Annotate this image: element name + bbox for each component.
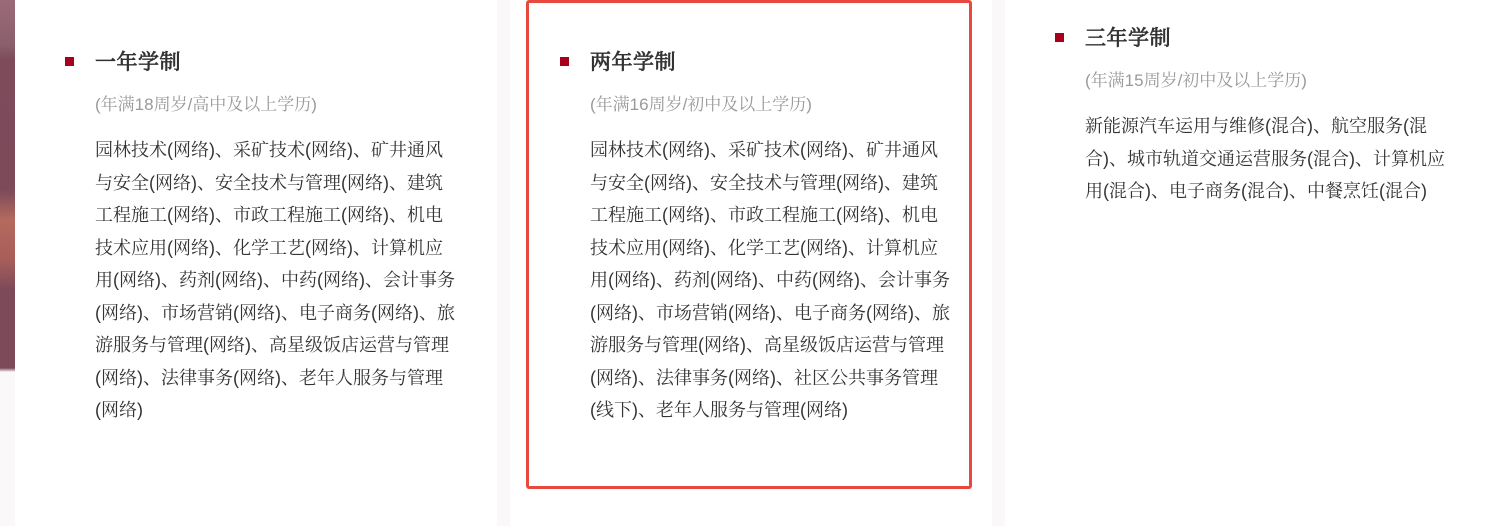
card-content: 两年学制 (年满16周岁/初中及以上学历) 园林技术(网络)、采矿技术(网络)、… (560, 48, 960, 427)
card-title: 三年学制 (1085, 22, 1171, 52)
square-bullet-icon (65, 57, 74, 66)
majors-list: 新能源汽车运用与维修(混合)、航空服务(混合)、城市轨道交通运营服务(混合)、计… (1085, 110, 1445, 208)
card-title: 一年学制 (95, 46, 181, 76)
column-three-year: 三年学制 (年满15周岁/初中及以上学历) 新能源汽车运用与维修(混合)、航空服… (1005, 0, 1488, 526)
square-bullet-icon (1055, 33, 1064, 42)
card-title: 两年学制 (590, 46, 676, 76)
admission-requirement: (年满18周岁/高中及以上学历) (95, 94, 445, 116)
program-card-two-year[interactable]: 两年学制 (年满16周岁/初中及以上学历) 园林技术(网络)、采矿技术(网络)、… (526, 0, 972, 489)
majors-list: 园林技术(网络)、采矿技术(网络)、矿井通风与安全(网络)、安全技术与管理(网络… (95, 134, 457, 427)
majors-list: 园林技术(网络)、采矿技术(网络)、矿井通风与安全(网络)、安全技术与管理(网络… (590, 134, 952, 427)
program-card-one-year[interactable]: 一年学制 (年满18周岁/高中及以上学历) 园林技术(网络)、采矿技术(网络)、… (65, 48, 445, 427)
column-two-year: 两年学制 (年满16周岁/初中及以上学历) 园林技术(网络)、采矿技术(网络)、… (510, 0, 992, 526)
card-header: 两年学制 (560, 48, 960, 74)
decorative-background-image (0, 0, 15, 372)
card-header: 一年学制 (65, 48, 445, 74)
admission-requirement: (年满16周岁/初中及以上学历) (590, 94, 960, 116)
column-one-year: 一年学制 (年满18周岁/高中及以上学历) 园林技术(网络)、采矿技术(网络)、… (15, 0, 497, 526)
admission-requirement: (年满15周岁/初中及以上学历) (1085, 70, 1445, 92)
program-card-three-year[interactable]: 三年学制 (年满15周岁/初中及以上学历) 新能源汽车运用与维修(混合)、航空服… (1055, 24, 1445, 208)
card-header: 三年学制 (1055, 24, 1445, 50)
square-bullet-icon (560, 57, 569, 66)
program-duration-section: 一年学制 (年满18周岁/高中及以上学历) 园林技术(网络)、采矿技术(网络)、… (0, 0, 1488, 526)
